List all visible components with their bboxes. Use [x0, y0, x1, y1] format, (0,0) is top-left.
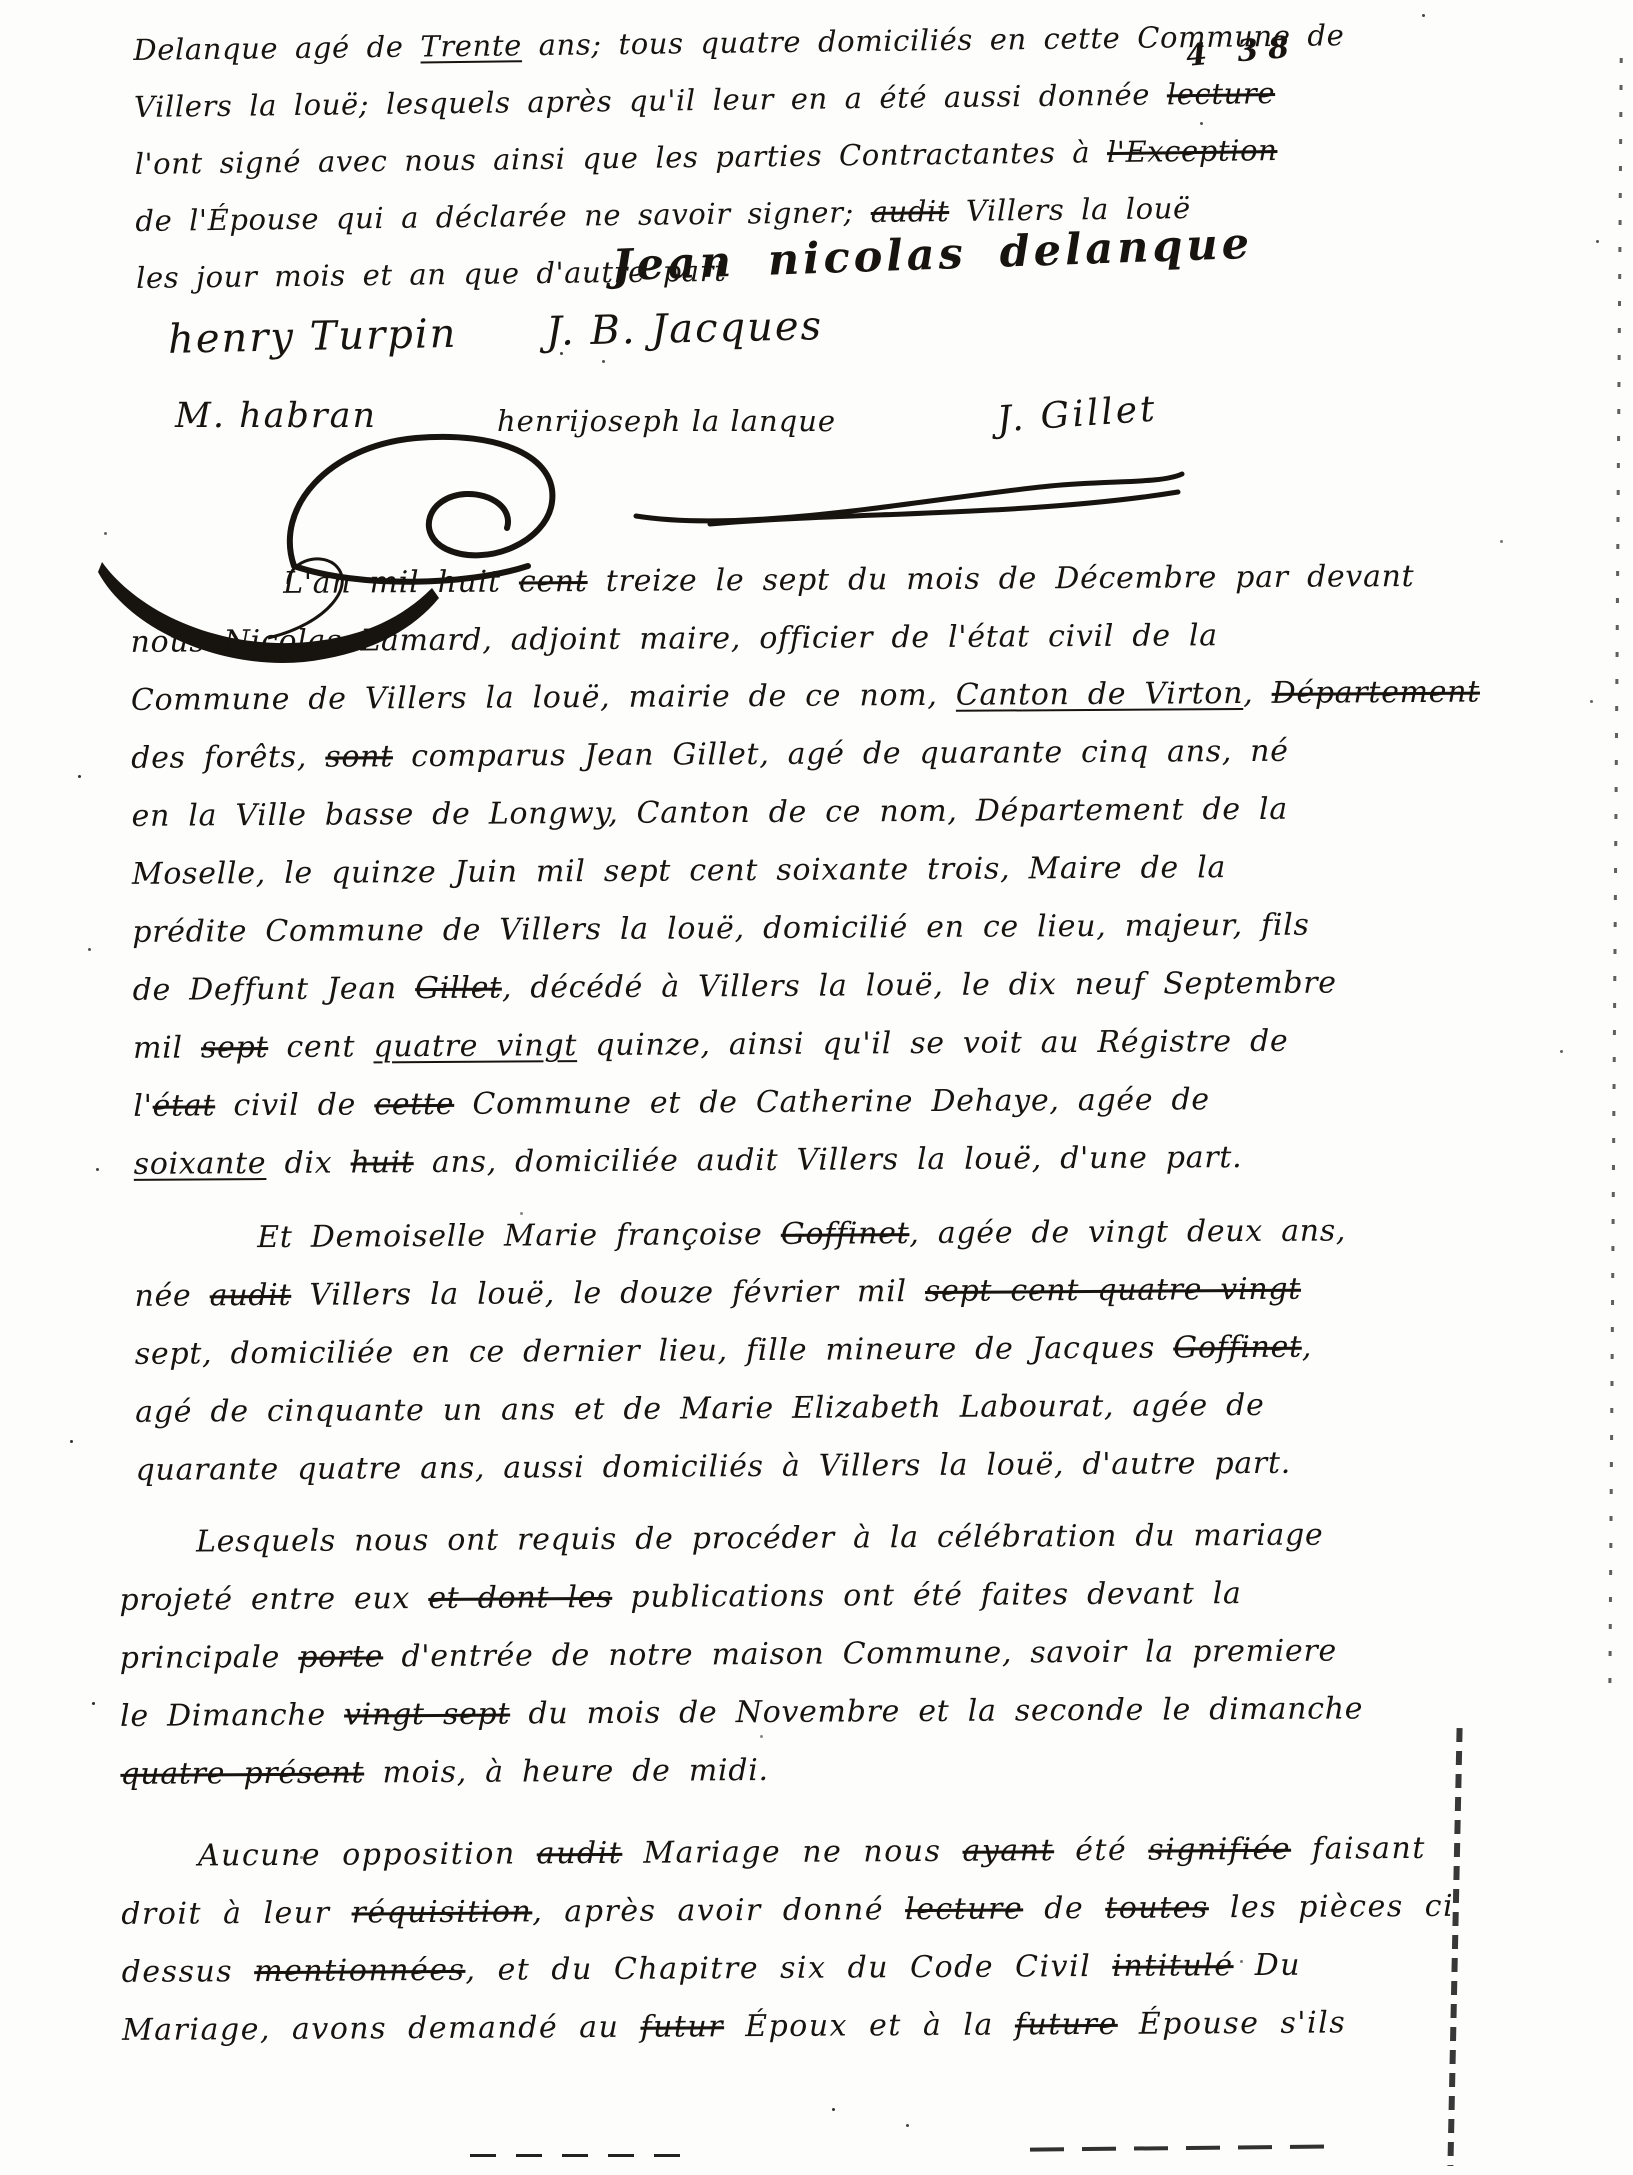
signature-jb-jacques: J. B. Jacques: [546, 303, 824, 355]
text-line: dessus mentionnées, et du Chapitre six d…: [121, 1936, 1487, 2002]
text-line: droit à leur réquisition, après avoir do…: [121, 1878, 1487, 1944]
text-line: projeté entre eux et dont les publicatio…: [119, 1564, 1485, 1630]
signature-j-gillet: J. Gillet: [996, 388, 1159, 440]
text-line: de Deffunt Jean Gillet, décédé à Villers…: [132, 954, 1481, 1020]
text-line: née audit Villers la louë, le douze févr…: [134, 1260, 1483, 1326]
text-line: principale porte d'entrée de notre maiso…: [120, 1622, 1486, 1688]
scan-edge-artifact-bottom-2: [1030, 2144, 1340, 2151]
scanned-register-page: 4 38 Delanque agé de Trente ans; tous qu…: [0, 0, 1633, 2175]
scan-edge-artifact-bottom-1: [470, 2154, 700, 2157]
signature-row-1: henry Turpin J. B. Jacques: [168, 303, 824, 363]
text-line: Commune de Villers la louë, mairie de ce…: [131, 664, 1480, 730]
act-paragraph: Lesquels nous ont requis de procéder à l…: [111, 1506, 1487, 1804]
text-line: agé de cinquante un ans et de Marie Eliz…: [135, 1376, 1484, 1442]
marriage-act-body: L'an mil huit cent treize le sept du moi…: [105, 548, 1488, 2060]
scan-edge-artifact-right: [1608, 58, 1622, 1698]
text-line: nous Nicolas Lamard, adjoint maire, offi…: [130, 606, 1479, 672]
text-line: Et Demoiselle Marie françoise Goffinet, …: [257, 1202, 1483, 1267]
text-line: en la Ville basse de Longwy, Canton de c…: [131, 780, 1480, 846]
text-line: des forêts, sont comparus Jean Gillet, a…: [131, 722, 1480, 788]
text-line: L'an mil huit cent treize le sept du moi…: [283, 548, 1479, 613]
act-paragraph: Et Demoiselle Marie françoise Goffinet, …: [109, 1202, 1485, 1500]
text-line: sept, domiciliée en ce dernier lieu, fil…: [135, 1318, 1484, 1384]
signature-henry-turpin: henry Turpin: [168, 311, 458, 363]
text-line: quarante quatre ans, aussi domiciliés à …: [135, 1434, 1484, 1500]
text-line: prédite Commune de Villers la louë, domi…: [132, 896, 1481, 962]
text-line: l'état civil de cette Commune et de Cath…: [133, 1070, 1482, 1136]
signature-underline-flourish: [630, 446, 1190, 536]
act-paragraph: Aucune opposition audit Mariage ne nous …: [113, 1820, 1489, 2060]
text-line: Mariage, avons demandé au futur Époux et…: [122, 1994, 1488, 2060]
flourish-stroke: [636, 474, 1182, 524]
text-line: Moselle, le quinze Juin mil sept cent so…: [132, 838, 1481, 904]
act-paragraph: L'an mil huit cent treize le sept du moi…: [105, 548, 1483, 1194]
text-line: soixante dix huit ans, domiciliée audit …: [134, 1128, 1483, 1194]
text-line: quatre présent mois, à heure de midi.: [120, 1738, 1486, 1804]
text-line: le Dimanche vingt sept du mois de Novemb…: [120, 1680, 1486, 1746]
text-line: Aucune opposition audit Mariage ne nous …: [198, 1820, 1487, 1886]
scan-speckles: [0, 0, 3, 3]
text-line: mil sept cent quatre vingt quinze, ainsi…: [133, 1012, 1482, 1078]
text-line: Lesquels nous ont requis de procéder à l…: [196, 1506, 1485, 1572]
